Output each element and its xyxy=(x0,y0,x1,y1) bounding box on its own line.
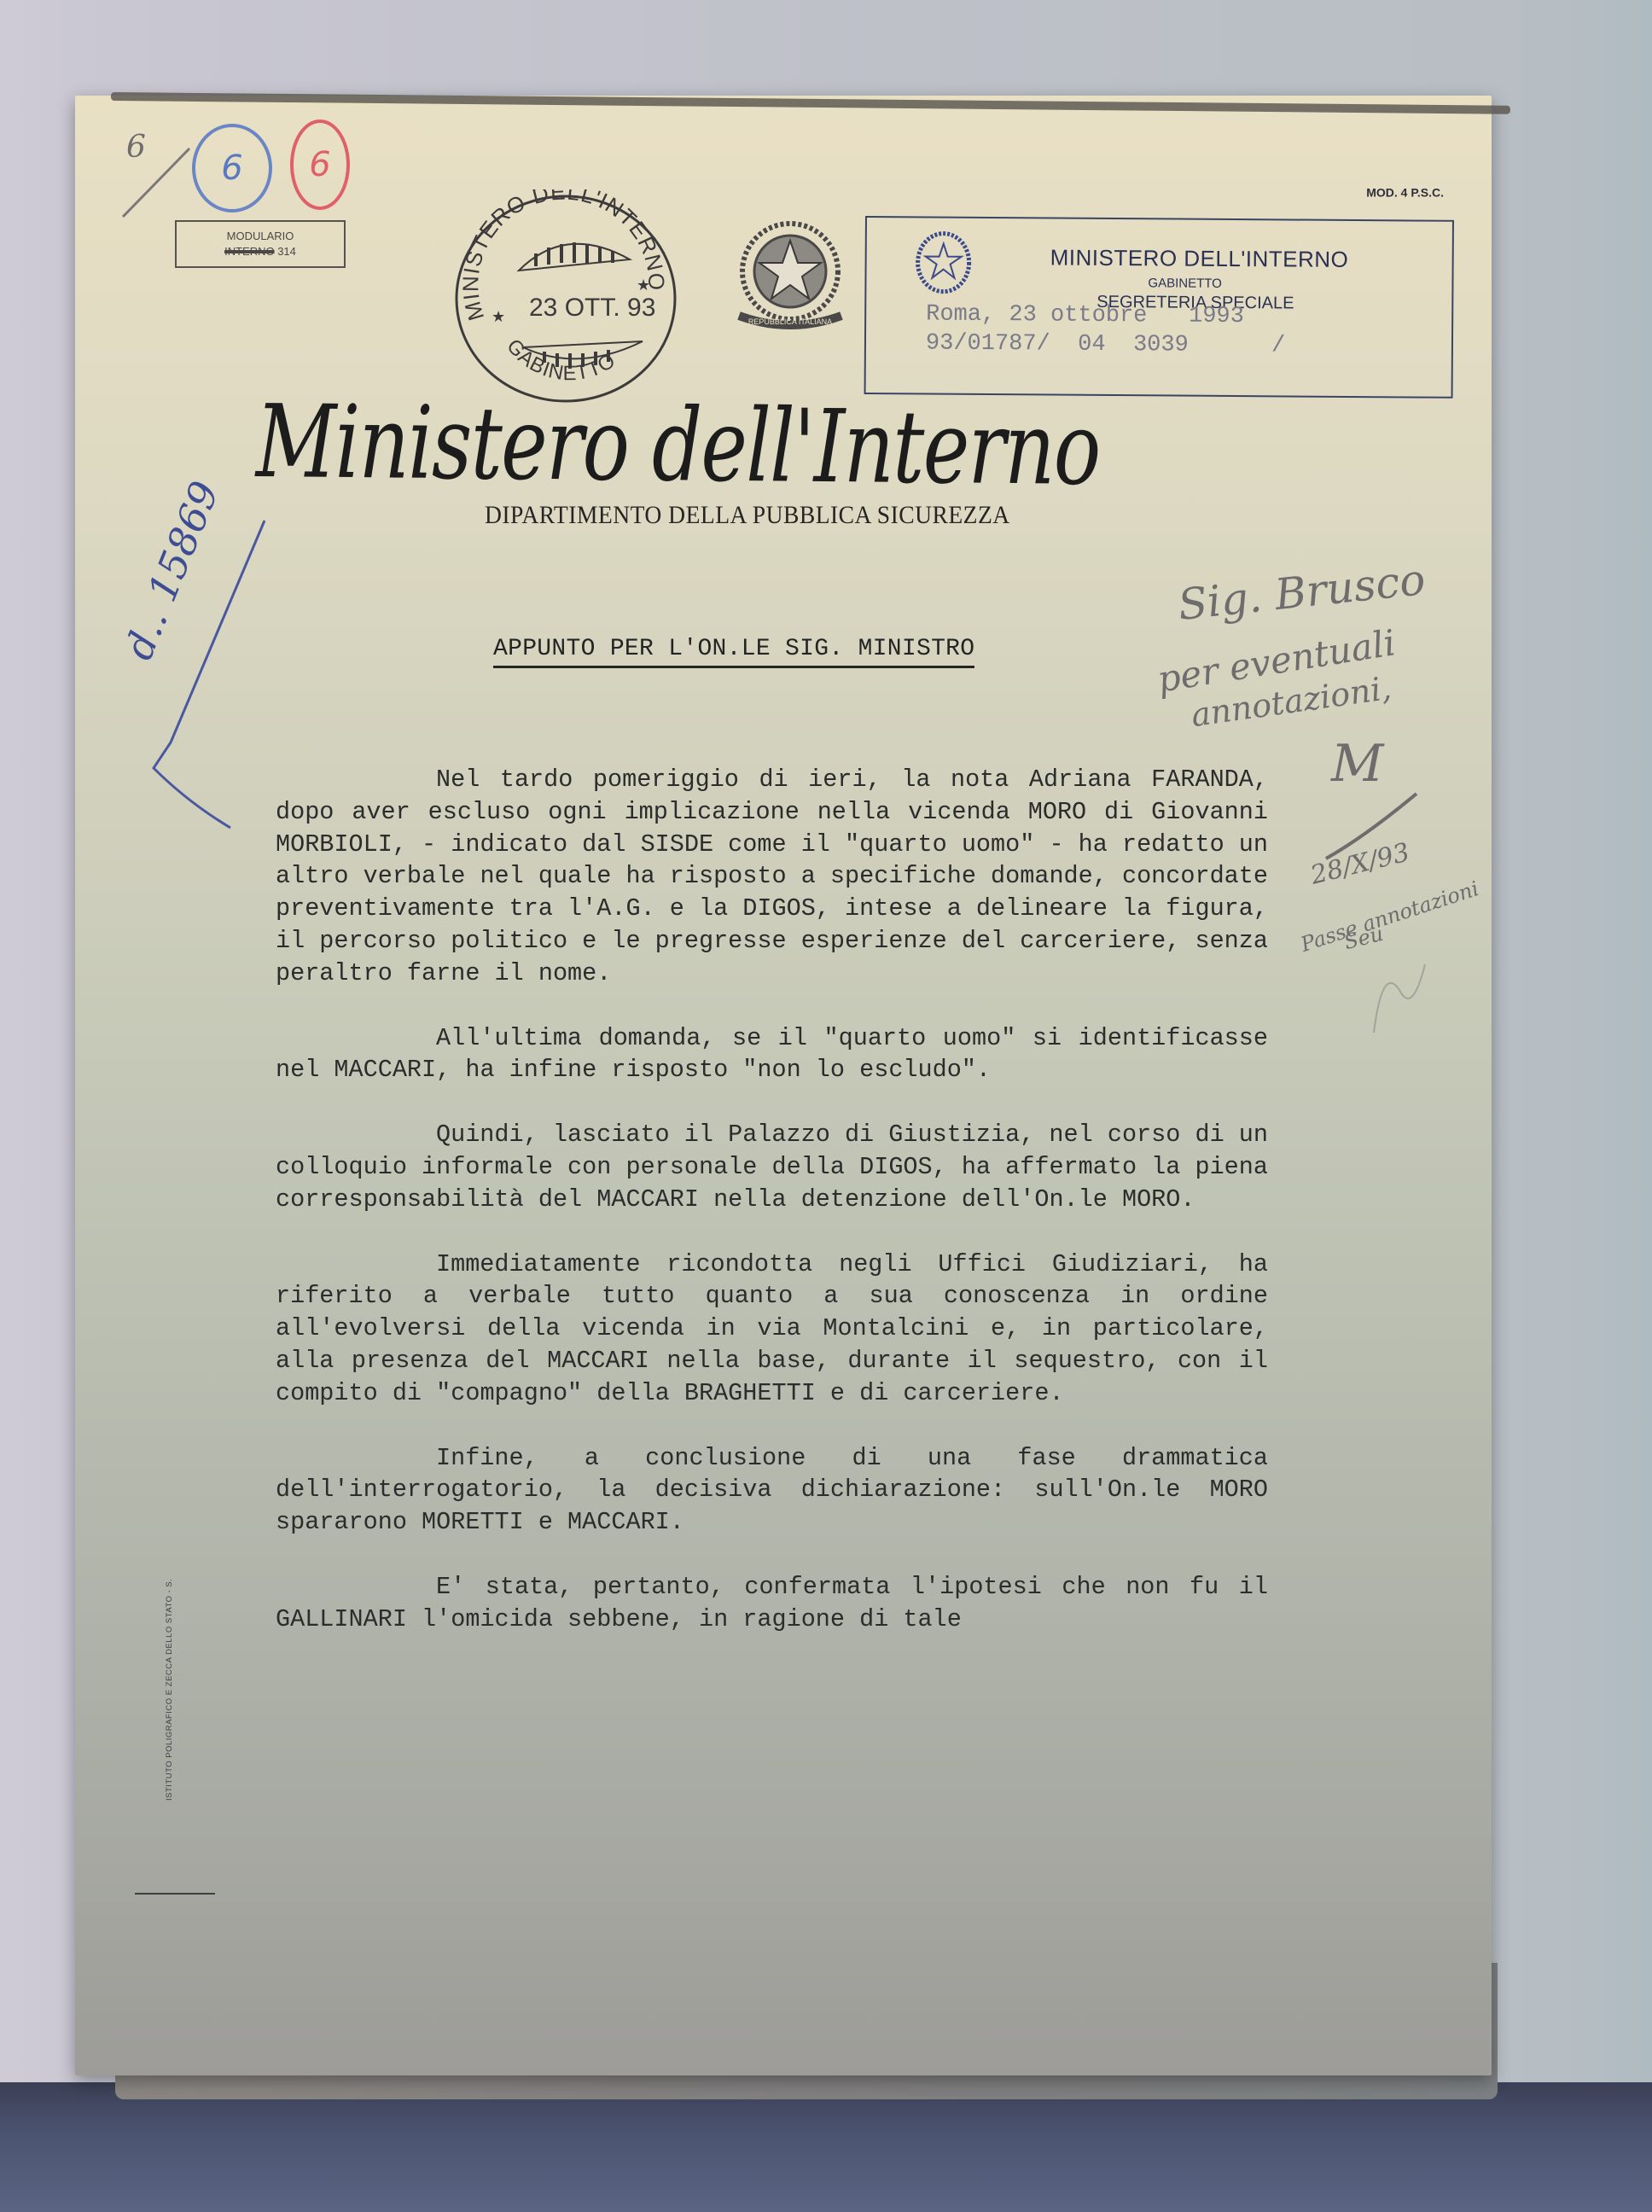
paragraph-5: Infine, a conclusione di una fase dramma… xyxy=(276,1442,1268,1539)
protocol-subtitle-gabinetto: GABINETTO xyxy=(1148,276,1222,291)
svg-text:★: ★ xyxy=(492,308,505,325)
printer-imprint: ISTITUTO POLIGRAFICO E ZECCA DELLO STATO… xyxy=(165,1579,174,1801)
modulario-line1: MODULARIO xyxy=(177,229,344,244)
form-code: MOD. 4 P.S.C. xyxy=(1366,185,1444,199)
stamp-bottom-text: GABINETTO xyxy=(502,335,619,385)
round-date-stamp: MINISTERO DELL'INTERNO 23 OTT. 93 GABINE… xyxy=(451,189,681,408)
stamp-date: 23 OTT. 93 xyxy=(529,294,655,322)
paragraph-4: Immediatamente ricondotta negli Uffici G… xyxy=(276,1249,1268,1410)
paragraph-6: E' stata, pertanto, confermata l'ipotesi… xyxy=(276,1571,1268,1636)
desk-background xyxy=(0,2082,1652,2212)
department-name: DIPARTIMENTO DELLA PUBBLICA SICUREZZA xyxy=(485,501,1010,530)
blue-circled-number: 6 xyxy=(192,124,272,212)
svg-text:★: ★ xyxy=(637,276,650,294)
protocol-emblem-icon xyxy=(913,230,974,298)
protocol-typed-date: Roma, 23 ottobre 1993 xyxy=(926,302,1244,330)
memo-heading: APPUNTO PER L'ON.LE SIG. MINISTRO xyxy=(493,636,974,668)
republic-emblem-icon: REPUBBLICA ITALIANA xyxy=(730,215,850,343)
svg-text:GABINETTO: GABINETTO xyxy=(502,335,619,385)
modulario-box: MODULARIO INTERNO 314 xyxy=(175,220,346,268)
slash-mark-icon xyxy=(118,145,195,222)
fold-margin-tick xyxy=(135,1893,215,1895)
protocol-title: MINISTERO DELL'INTERNO xyxy=(1050,245,1349,273)
faint-pencil-mark-icon xyxy=(1365,947,1442,1041)
modulario-struck-text: INTERNO xyxy=(224,245,275,258)
red-circled-number: 6 xyxy=(290,119,350,210)
postmark-ring-icon: MINISTERO DELL'INTERNO 23 OTT. 93 GABINE… xyxy=(451,189,681,408)
paragraph-1: Nel tardo pomeriggio di ieri, la nota Ad… xyxy=(276,764,1268,990)
letterhead-script-title: Ministero dell'Interno xyxy=(256,382,1096,508)
paragraph-2: All'ultima domanda, se il "quarto uomo" … xyxy=(276,1022,1268,1087)
modulario-line2: INTERNO 314 xyxy=(177,244,344,259)
modulario-number: 314 xyxy=(277,245,296,258)
emblem-label: REPUBBLICA ITALIANA xyxy=(748,317,832,326)
protocol-stamp: MOD. 4 P.S.C. MINISTERO DELL'INTERNO GAB… xyxy=(864,216,1454,399)
memo-body: Nel tardo pomeriggio di ieri, la nota Ad… xyxy=(276,764,1268,1668)
paragraph-3: Quindi, lasciato il Palazzo di Giustizia… xyxy=(276,1119,1268,1215)
protocol-typed-number: 93/01787/ 04 3039 / xyxy=(926,330,1285,358)
handwritten-arrow-icon xyxy=(137,512,273,836)
